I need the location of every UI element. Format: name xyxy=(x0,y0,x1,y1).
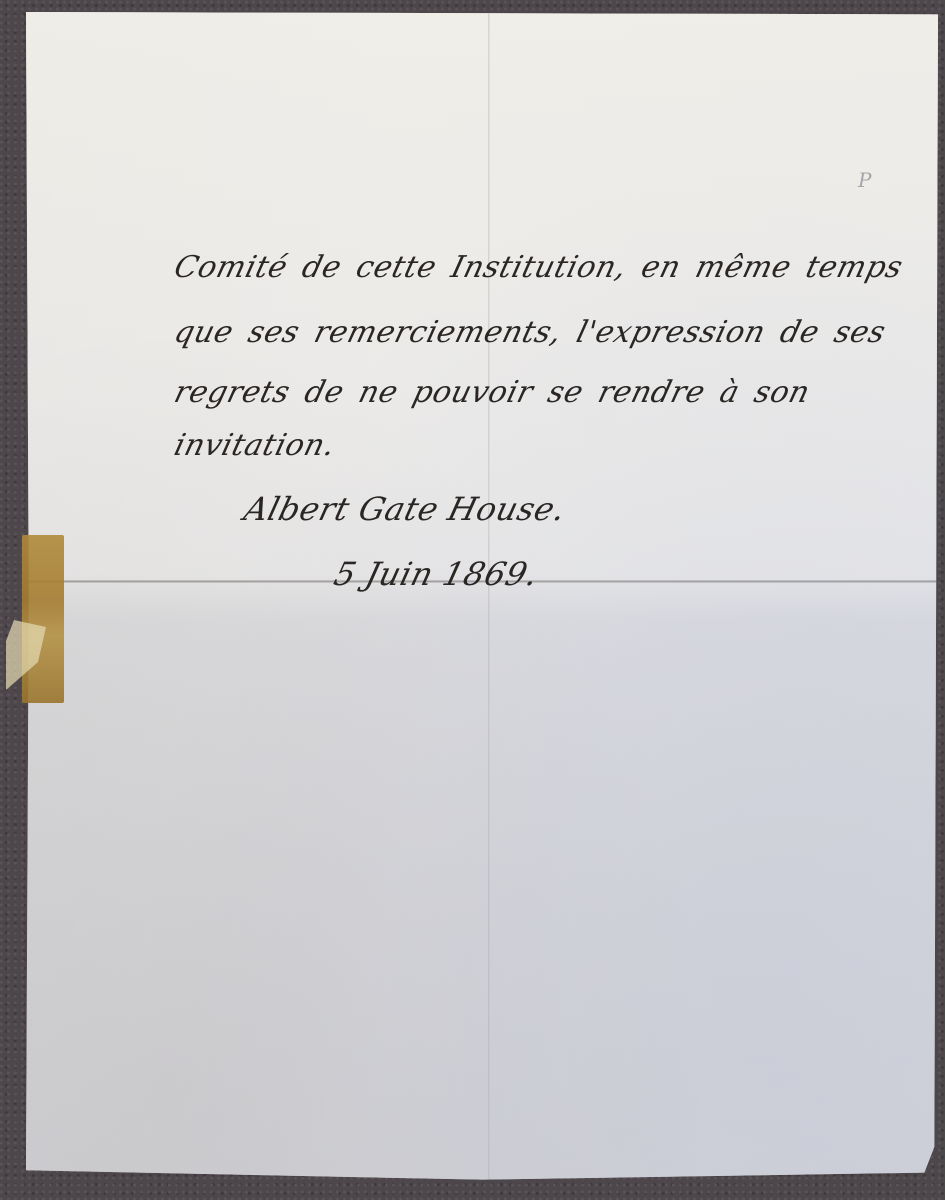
letter-page xyxy=(26,12,938,1182)
body-line-1: Comité de cette Institution, en même tem… xyxy=(171,250,907,285)
place-of-writing: Albert Gate House. xyxy=(240,490,569,528)
letter-date: 5 Juin 1869. xyxy=(330,555,542,593)
body-line-3: regrets de ne pouvoir se rendre à son xyxy=(171,375,814,410)
body-line-2: que ses remerciements, l'expression de s… xyxy=(171,315,890,350)
vertical-fold-crease xyxy=(488,12,490,1182)
pencil-annotation: P xyxy=(858,168,871,192)
body-line-4: invitation. xyxy=(171,428,339,463)
adhesive-tape-strip xyxy=(22,535,64,703)
